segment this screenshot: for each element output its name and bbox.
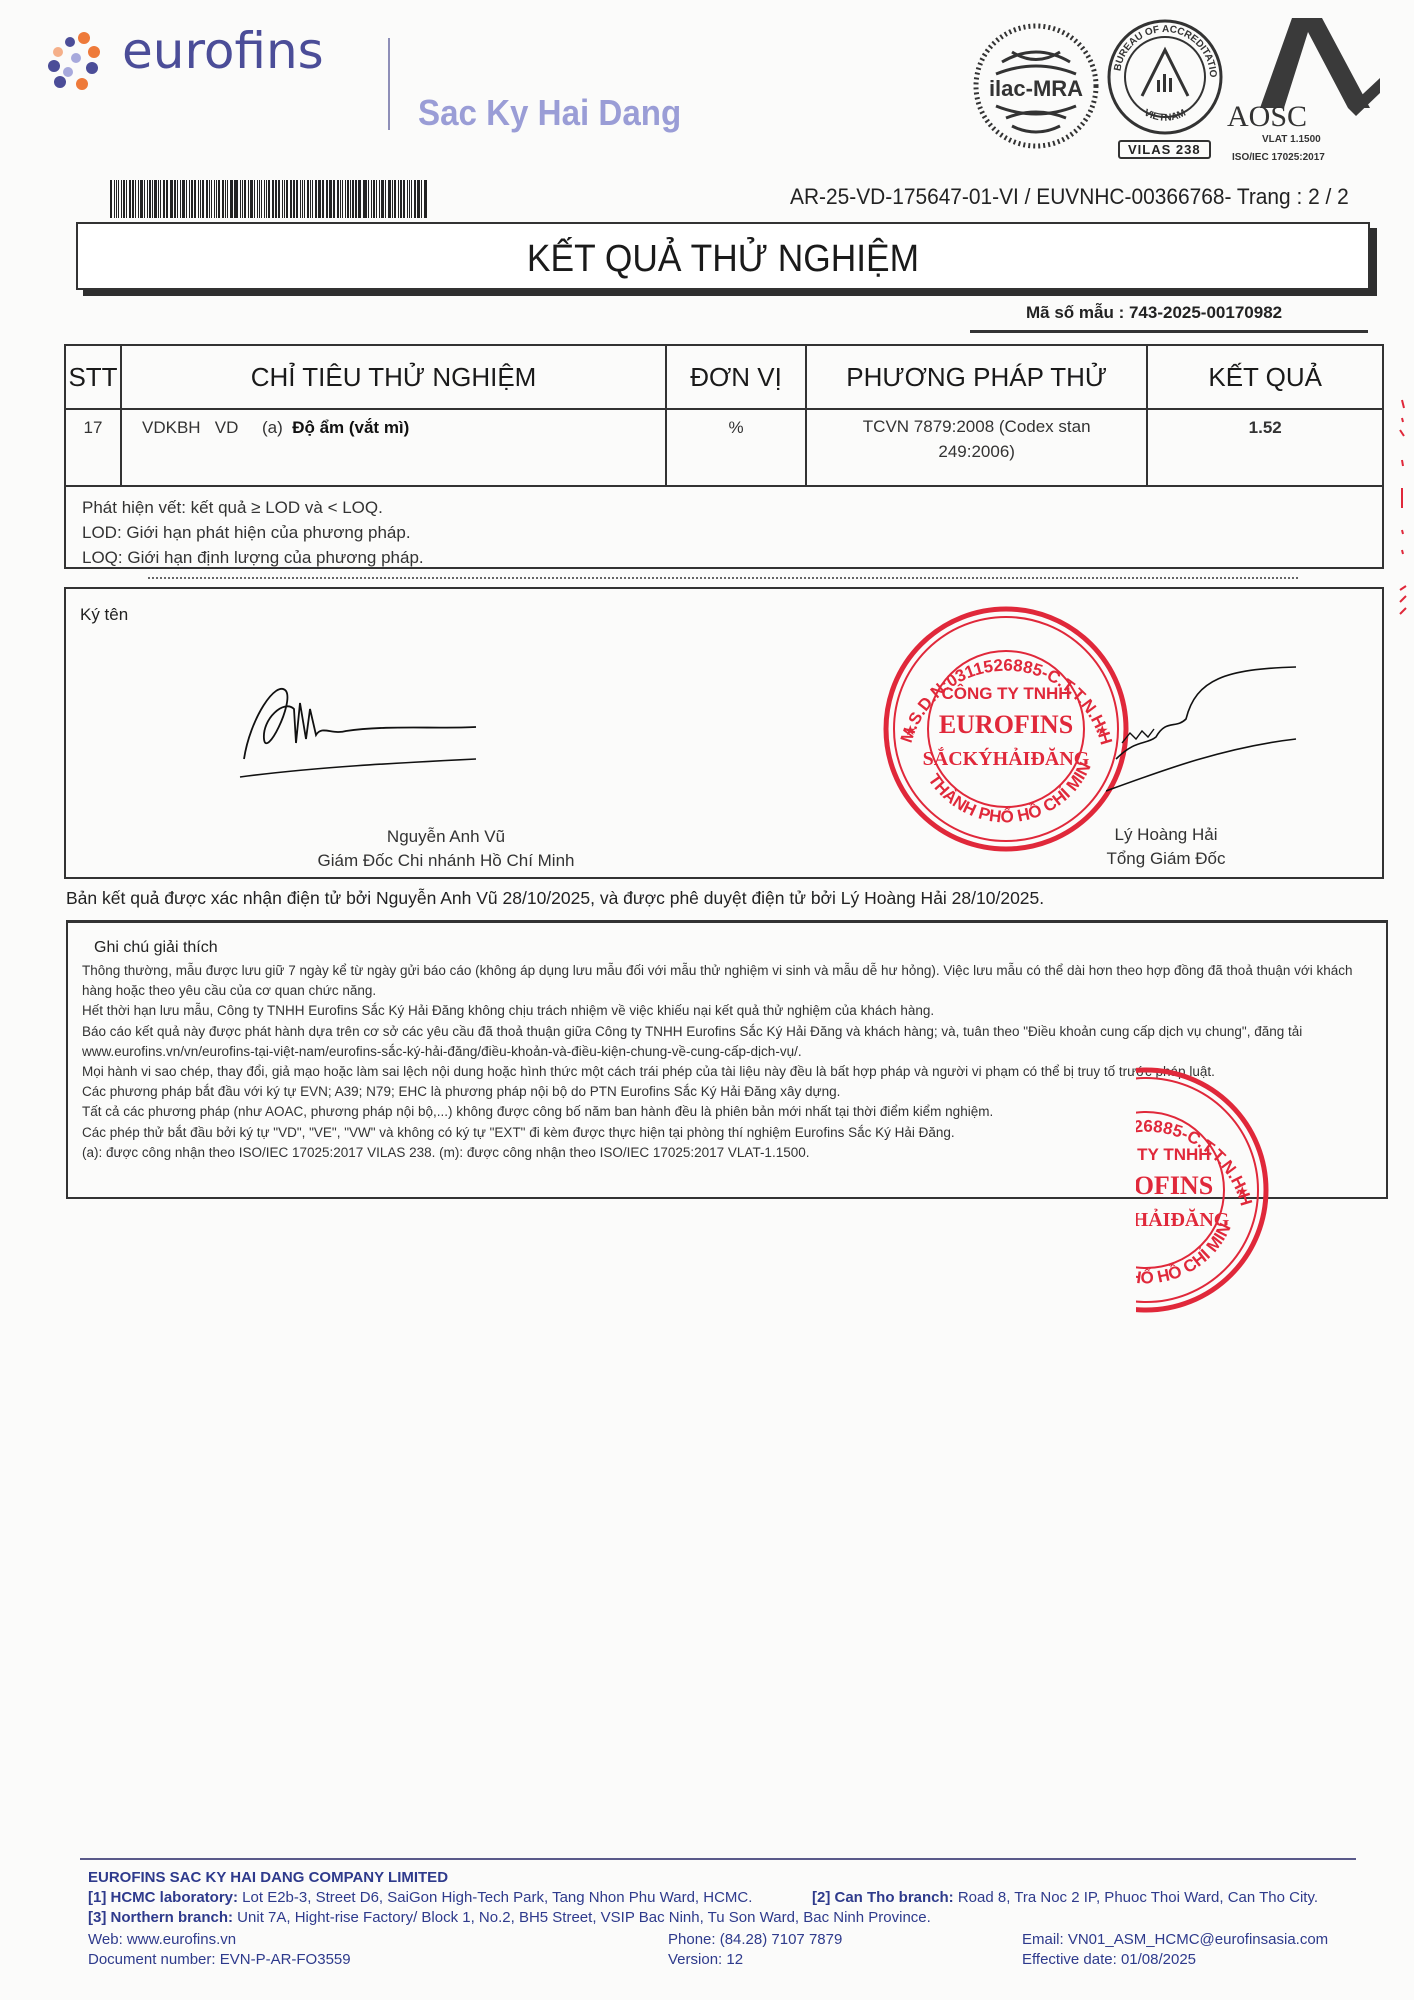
row-parameter: VDKBH VD (a) Độ ẩm (vắt mì) bbox=[121, 409, 666, 486]
column-header-method: PHƯƠNG PHÁP THỬ bbox=[806, 345, 1147, 409]
eurofins-logo-text: eurofins bbox=[122, 22, 324, 80]
footer-cantho-address: Road 8, Tra Noc 2 IP, Phuoc Thoi Ward, C… bbox=[954, 1889, 1318, 1906]
results-table: STT CHỈ TIÊU THỬ NGHIỆM ĐƠN VỊ PHƯƠNG PH… bbox=[64, 344, 1384, 487]
svg-text:CÔNG TY TNHH: CÔNG TY TNHH bbox=[941, 684, 1070, 703]
row-method: TCVN 7879:2008 (Codex stan249:2006) bbox=[806, 409, 1147, 486]
row-unit: % bbox=[666, 409, 806, 486]
footer-effective-date: Effective date: 01/08/2025 bbox=[1022, 1950, 1196, 1970]
legend-loq: LOQ: Giới hạn định lượng của phương pháp… bbox=[66, 545, 1382, 570]
vlat-number: VLAT 1.1500 bbox=[1262, 134, 1321, 145]
company-stamp-icon: M.S.D.N:0311526885-C.T.T.N.H.H THÀNH PHỐ… bbox=[876, 599, 1136, 859]
footer-divider bbox=[80, 1858, 1356, 1860]
eurofins-logo-icon bbox=[44, 28, 114, 98]
row-result: 1.52 bbox=[1147, 409, 1383, 486]
svg-text:SẮCKÝHẢIĐĂNG: SẮCKÝHẢIĐĂNG bbox=[1136, 1207, 1230, 1231]
note-paragraph: Báo cáo kết quả này được phát hành dựa t… bbox=[82, 1022, 1372, 1062]
logo-divider bbox=[388, 38, 390, 130]
svg-text:VIETNAM: VIETNAM bbox=[1142, 107, 1188, 123]
footer-phone: Phone: (84.28) 7107 7879 bbox=[668, 1930, 842, 1950]
title-box: KẾT QUẢ THỬ NGHIỆM bbox=[76, 222, 1370, 290]
column-header-parameter: CHỈ TIÊU THỬ NGHIỆM bbox=[121, 345, 666, 409]
report-reference: AR-25-VD-175647-01-VI / EUVNHC-00366768-… bbox=[790, 184, 1349, 210]
svg-text:EUROFINS: EUROFINS bbox=[939, 710, 1073, 739]
footer-company: EUROFINS SAC KY HAI DANG COMPANY LIMITED bbox=[88, 1868, 448, 1888]
iso-standard: ISO/IEC 17025:2017 bbox=[1232, 152, 1325, 163]
logo-subtitle: Sac Ky Hai Dang bbox=[418, 92, 681, 134]
lod-legend: Phát hiện vết: kết quả ≥ LOD và < LOQ. L… bbox=[64, 485, 1384, 569]
signer-1-role: Giám Đốc Chi nhánh Hồ Chí Minh bbox=[226, 851, 666, 871]
footer-hcmc: [1] HCMC laboratory: Lot E2b-3, Street D… bbox=[88, 1888, 752, 1908]
svg-text:CÔNG TY TNHH: CÔNG TY TNHH bbox=[1136, 1145, 1211, 1164]
svg-text:EUROFINS: EUROFINS bbox=[1136, 1171, 1213, 1200]
method-line-2: 249:2006) bbox=[808, 439, 1145, 464]
parameter-code: VDKBH VD (a) bbox=[142, 418, 283, 437]
svg-text:★: ★ bbox=[1236, 1183, 1249, 1199]
signer-1-name: Nguyễn Anh Vũ bbox=[296, 827, 596, 847]
signature-1-icon bbox=[236, 669, 536, 779]
footer-cantho: [2] Can Tho branch: Road 8, Tra Noc 2 IP… bbox=[812, 1888, 1318, 1908]
signature-label: Ký tên bbox=[80, 605, 128, 625]
footer-cantho-label: [2] Can Tho branch: bbox=[812, 1889, 954, 1906]
sample-code: Mã số mẫu : 743-2025-00170982 bbox=[1026, 303, 1282, 323]
parameter-name: Độ ẩm (vắt mì) bbox=[292, 418, 409, 437]
footer-doc-number: Document number: EVN-P-AR-FO3559 bbox=[88, 1950, 351, 1970]
svg-text:SẮCKÝHẢIĐĂNG: SẮCKÝHẢIĐĂNG bbox=[923, 746, 1090, 770]
svg-text:ilac-MRA: ilac-MRA bbox=[989, 76, 1083, 101]
partial-stamp-icon: M.S.D.N:0311526885-C.T.T.N.H.H THÀNH PHỐ… bbox=[1136, 1060, 1336, 1320]
edge-stamp-marks-icon bbox=[1394, 390, 1410, 630]
table-row: 17 VDKBH VD (a) Độ ẩm (vắt mì) % TCVN 78… bbox=[65, 409, 1383, 486]
barcode bbox=[110, 180, 428, 218]
footer-web-link[interactable]: Web: www.eurofins.vn bbox=[88, 1930, 236, 1950]
aosc-text: AOSC bbox=[1227, 100, 1307, 134]
signer-2-role: Tổng Giám Đốc bbox=[1046, 849, 1286, 869]
sample-underline bbox=[970, 330, 1368, 333]
signer-2-name: Lý Hoàng Hải bbox=[1066, 825, 1266, 845]
ilac-mra-logo-icon: ilac-MRA bbox=[972, 22, 1100, 150]
column-header-stt: STT bbox=[65, 345, 121, 409]
footer-north-address: Unit 7A, Hight-rise Factory/ Block 1, No… bbox=[233, 1909, 931, 1926]
footer-north: [3] Northern branch: Unit 7A, Hight-rise… bbox=[88, 1908, 931, 1928]
footer-version: Version: 12 bbox=[668, 1950, 743, 1970]
signature-section: Ký tên Nguyễn Anh Vũ Giám Đốc Chi nhánh … bbox=[64, 587, 1384, 879]
legend-lod: LOD: Giới hạn phát hiện của phương pháp. bbox=[66, 520, 1382, 545]
footer-north-label: [3] Northern branch: bbox=[88, 1909, 233, 1926]
method-line-1: TCVN 7879:2008 (Codex stan bbox=[808, 414, 1145, 439]
page-title: KẾT QUẢ THỬ NGHIỆM bbox=[123, 238, 1323, 281]
approval-statement: Bản kết quả được xác nhận điện tử bởi Ng… bbox=[66, 888, 1044, 909]
bureau-of-accreditation-logo-icon: BUREAU OF ACCREDITATION VIETNAM bbox=[1106, 18, 1224, 136]
signature-2-icon bbox=[1106, 659, 1306, 799]
svg-text:★: ★ bbox=[904, 722, 917, 738]
notes-title: Ghi chú giải thích bbox=[94, 939, 218, 957]
column-header-unit: ĐƠN VỊ bbox=[666, 345, 806, 409]
note-paragraph: Thông thường, mẫu được lưu giữ 7 ngày kể… bbox=[82, 961, 1372, 1001]
dotted-separator bbox=[148, 577, 1298, 579]
footer-hcmc-label: [1] HCMC laboratory: bbox=[88, 1889, 238, 1906]
svg-text:BUREAU OF ACCREDITATION: BUREAU OF ACCREDITATION bbox=[1106, 18, 1218, 78]
legend-trace: Phát hiện vết: kết quả ≥ LOD và < LOQ. bbox=[66, 487, 1382, 520]
footer-email-link[interactable]: Email: VN01_ASM_HCMC@eurofinsasia.com bbox=[1022, 1930, 1328, 1950]
column-header-result: KẾT QUẢ bbox=[1147, 345, 1383, 409]
footer-hcmc-address: Lot E2b-3, Street D6, SaiGon High-Tech P… bbox=[238, 1889, 752, 1906]
partial-stamp: M.S.D.N:0311526885-C.T.T.N.H.H THÀNH PHỐ… bbox=[1136, 1060, 1336, 1320]
row-stt: 17 bbox=[65, 409, 121, 486]
note-paragraph: Hết thời hạn lưu mẫu, Công ty TNHH Eurof… bbox=[82, 1001, 1372, 1021]
vilas-badge: VILAS 238 bbox=[1118, 140, 1211, 159]
